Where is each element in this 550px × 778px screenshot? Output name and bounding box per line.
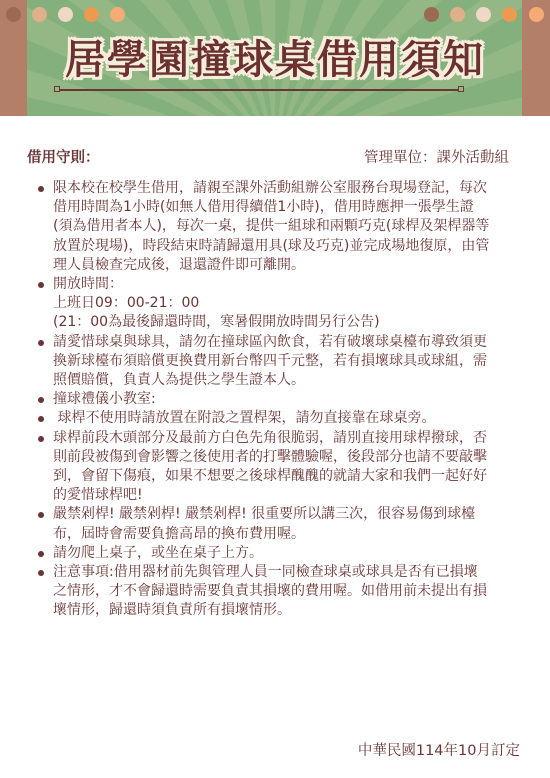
divider-end-square [54, 86, 60, 92]
rule-line: 換新球檯布須賠償更換費用新台幣四千元整，若有損壞球具或球組，需 [53, 352, 524, 371]
rule-line: 理人員檢查完成後，退還證件即可離開。 [53, 256, 524, 275]
rule-item-cue-rack: 球桿不使用時請放置在附設之置桿架，請勿直接靠在球桌旁。 [38, 409, 524, 428]
rule-item-etiquette-heading: 撞球禮儀小教室: [38, 390, 524, 409]
rule-line: 注意事項:借用器材前先與管理人員一同檢查球桌或球具是否有已損壞 [53, 563, 524, 582]
rule-item-opening-hours: 開放時間： 上班日09：00-21：00 (21：00為最後歸還時間，寒暑假開放… [38, 275, 524, 333]
title-divider [56, 89, 462, 91]
rule-line: (須為借用者本人)，每次一桌，提供一組球和兩顆巧克(球桿及架桿器等 [53, 217, 524, 236]
dot-decoration [110, 7, 125, 22]
rule-line: 的愛惜球桿吧! [53, 486, 524, 505]
dot-decoration [6, 7, 21, 22]
dot-decoration [32, 7, 47, 22]
rule-item-no-climbing: 請勿爬上桌子，或坐在桌子上方。 [38, 544, 524, 563]
rule-line: 上班日09：00-21：00 [53, 294, 524, 313]
rule-item-notes: 注意事項:借用器材前先與管理人員一同檢查球桌或球具是否有已損壞 之情形，才不會歸… [38, 563, 524, 621]
page-title: 居學園撞球桌借用須知 [30, 30, 520, 82]
rule-line: 照價賠償，負責人為提供之學生證本人。 [53, 371, 524, 390]
dot-decoration [529, 7, 544, 22]
rule-line: 借用時間為1小時(如無人借用得續借1小時)，借用時應押一張學生證 [53, 198, 524, 217]
rule-line: 布，屆時會需要負擔高昂的換布費用喔。 [53, 525, 524, 544]
dot-decoration [58, 7, 73, 22]
dot-decoration [424, 7, 439, 22]
dot-decoration [450, 7, 465, 22]
rule-item-care-compensation: 請愛惜球桌與球具，請勿在撞球區內飲食，若有破壞球桌檯布導致須更 換新球檯布須賠償… [38, 333, 524, 391]
divider-end-square [458, 86, 464, 92]
managing-unit: 管理單位：課外活動組 [364, 146, 509, 167]
rule-line: 撞球禮儀小教室: [53, 390, 524, 409]
rule-item-eligibility: 限本校在校學生借用，請親至課外活動組辦公室服務台現場登記，每次 借用時間為1小時… [38, 179, 524, 275]
dot-decoration [84, 7, 99, 22]
rule-line: (21：00為最後歸還時間，寒暑假開放時間另行公告) [53, 313, 524, 332]
rule-line: 放置於現場)，時段結束時請歸還用具(球及巧克)並完成場地復原，由管 [53, 237, 524, 256]
rule-line: 開放時間： [53, 275, 524, 294]
rule-line: 則前段被傷到會影響之後使用者的打擊體驗喔，後段部分也請不要敲擊 [53, 448, 524, 467]
rules-heading: 借用守則： [27, 146, 100, 167]
rule-item-no-jump-shot: 嚴禁剁桿! 嚴禁剁桿! 嚴禁剁桿! 很重要所以講三次，很容易傷到球檯 布，屆時會… [38, 505, 524, 543]
rule-line: 壞情形，歸還時須負責所有損壞情形。 [53, 601, 524, 620]
rule-line: 球桿不使用時請放置在附設之置桿架，請勿直接靠在球桌旁。 [53, 409, 524, 428]
rule-line: 球桿前段木頭部分及最前方白色先角很脆弱，請別直接用球桿撥球，否 [53, 429, 524, 448]
rule-line: 限本校在校學生借用，請親至課外活動組辦公室服務台現場登記，每次 [53, 179, 524, 198]
dot-decoration [476, 7, 491, 22]
footer-date-note: 中華民國114年10月訂定 [358, 739, 520, 760]
rule-line: 請勿爬上桌子，或坐在桌子上方。 [53, 544, 524, 563]
rule-line: 之情形，才不會歸還時需要負責其損壞的費用喔。如借用前未提出有損 [53, 582, 524, 601]
title-banner: 居學園撞球桌借用須知 [0, 0, 550, 116]
rule-item-cue-tip: 球桿前段木頭部分及最前方白色先角很脆弱，請別直接用球桿撥球，否 則前段被傷到會影… [38, 429, 524, 506]
rule-line: 到，會留下傷痕，如果不想要之後球桿醜醜的就請大家和我們一起好好 [53, 467, 524, 486]
dot-decoration [502, 7, 517, 22]
rules-list: 限本校在校學生借用，請親至課外活動組辦公室服務台現場登記，每次 借用時間為1小時… [38, 179, 524, 621]
rule-line: 請愛惜球桌與球具，請勿在撞球區內飲食，若有破壞球桌檯布導致須更 [53, 333, 524, 352]
rule-line: 嚴禁剁桿! 嚴禁剁桿! 嚴禁剁桿! 很重要所以講三次，很容易傷到球檯 [53, 505, 524, 524]
